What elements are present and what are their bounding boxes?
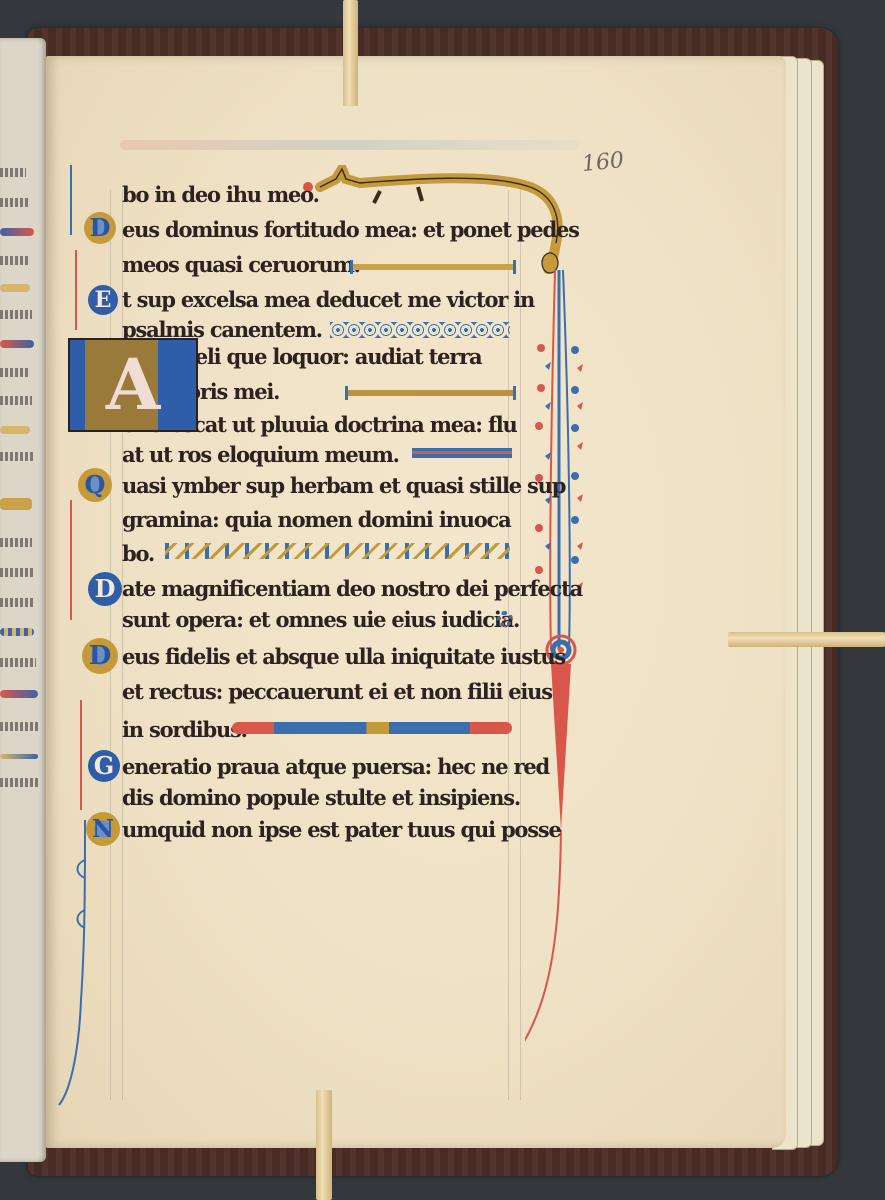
text-line-20: umquid non ipse est pater tuus qui posse bbox=[122, 818, 561, 842]
facing-text-line bbox=[0, 538, 32, 547]
historiated-initial-a: A bbox=[68, 338, 198, 432]
facing-ornament bbox=[0, 228, 34, 236]
line-filler-blue-red bbox=[412, 448, 512, 458]
line-filler-gold-bar bbox=[350, 260, 516, 274]
facing-text-line bbox=[0, 778, 40, 787]
initial-n-gold: N bbox=[86, 812, 120, 846]
text-line-16: et rectus: peccauerunt ei et non filii e… bbox=[122, 680, 552, 704]
facing-ornament bbox=[0, 690, 38, 698]
facing-text-line bbox=[0, 658, 36, 667]
right-dowel bbox=[728, 632, 885, 647]
text-line-10: uasi ymber sup herbam et quasi stille su… bbox=[122, 474, 565, 498]
bottom-dowel bbox=[316, 1090, 332, 1200]
top-dowel bbox=[343, 0, 358, 106]
facing-ornament bbox=[0, 284, 30, 292]
text-line-15: eus fidelis et absque ulla iniquitate iu… bbox=[122, 645, 565, 669]
rosette-icon bbox=[497, 611, 513, 627]
facing-ornament bbox=[0, 628, 34, 636]
facing-ornament bbox=[0, 754, 38, 759]
initial-g-blue: G bbox=[88, 750, 120, 782]
facing-text-line bbox=[0, 722, 38, 731]
text-line-17: in sordibus. bbox=[122, 718, 247, 742]
text-line-2: eus dominus fortitudo mea: et ponet pede… bbox=[122, 218, 579, 242]
facing-text-line bbox=[0, 368, 30, 377]
line-filler-blue-scroll bbox=[330, 322, 510, 338]
text-line-18: eneratio praua atque puersa: hec ne red bbox=[122, 755, 549, 779]
facing-text-line bbox=[0, 598, 34, 607]
left-filigree-red bbox=[70, 500, 72, 620]
facing-text-line bbox=[0, 396, 32, 405]
initial-d-gold-2: D bbox=[82, 638, 118, 674]
facing-text-line bbox=[0, 310, 32, 319]
text-line-11: gramina: quia nomen domini inuoca bbox=[122, 508, 511, 532]
left-filigree-tail bbox=[55, 820, 105, 1110]
initial-e-blue: E bbox=[88, 285, 118, 315]
text-line-14: sunt opera: et omnes uie eius iudicia. bbox=[122, 608, 519, 632]
facing-ornament bbox=[0, 340, 34, 348]
line-filler-gold-bar-2 bbox=[345, 386, 516, 400]
facing-ornament bbox=[0, 426, 30, 434]
facing-text-line bbox=[0, 568, 34, 577]
initial-d-blue: D bbox=[88, 572, 122, 606]
initial-d-gold: D bbox=[84, 212, 116, 244]
text-line-12: bo. bbox=[122, 542, 154, 566]
facing-text-line bbox=[0, 452, 34, 461]
text-line-9: at ut ros eloquium meum. bbox=[122, 443, 399, 467]
text-line-1: bo in deo ihu meo. bbox=[122, 183, 319, 207]
facing-text-line bbox=[0, 256, 28, 265]
line-filler-red-blue-knot bbox=[232, 722, 512, 734]
line-filler-zigzag bbox=[165, 543, 510, 559]
facing-text-line bbox=[0, 198, 30, 207]
left-filigree-red bbox=[80, 700, 82, 810]
left-filigree-blue bbox=[70, 165, 72, 235]
folio-number: 160 bbox=[581, 148, 625, 177]
text-line-19: dis domino popule stulte et insipiens. bbox=[122, 786, 520, 810]
faint-border-sketch bbox=[120, 140, 580, 150]
text-line-13: ate magnificentiam deo nostro dei perfec… bbox=[122, 577, 582, 601]
left-filigree-red bbox=[75, 250, 77, 330]
text-line-3: meos quasi ceruorum. bbox=[122, 253, 360, 277]
facing-text-line bbox=[0, 168, 26, 177]
facing-dragon-ornament bbox=[0, 498, 32, 510]
initial-q-gold: Q bbox=[78, 468, 112, 502]
facing-page bbox=[0, 38, 46, 1162]
text-line-4: t sup excelsa mea deducet me victor in bbox=[122, 288, 534, 312]
